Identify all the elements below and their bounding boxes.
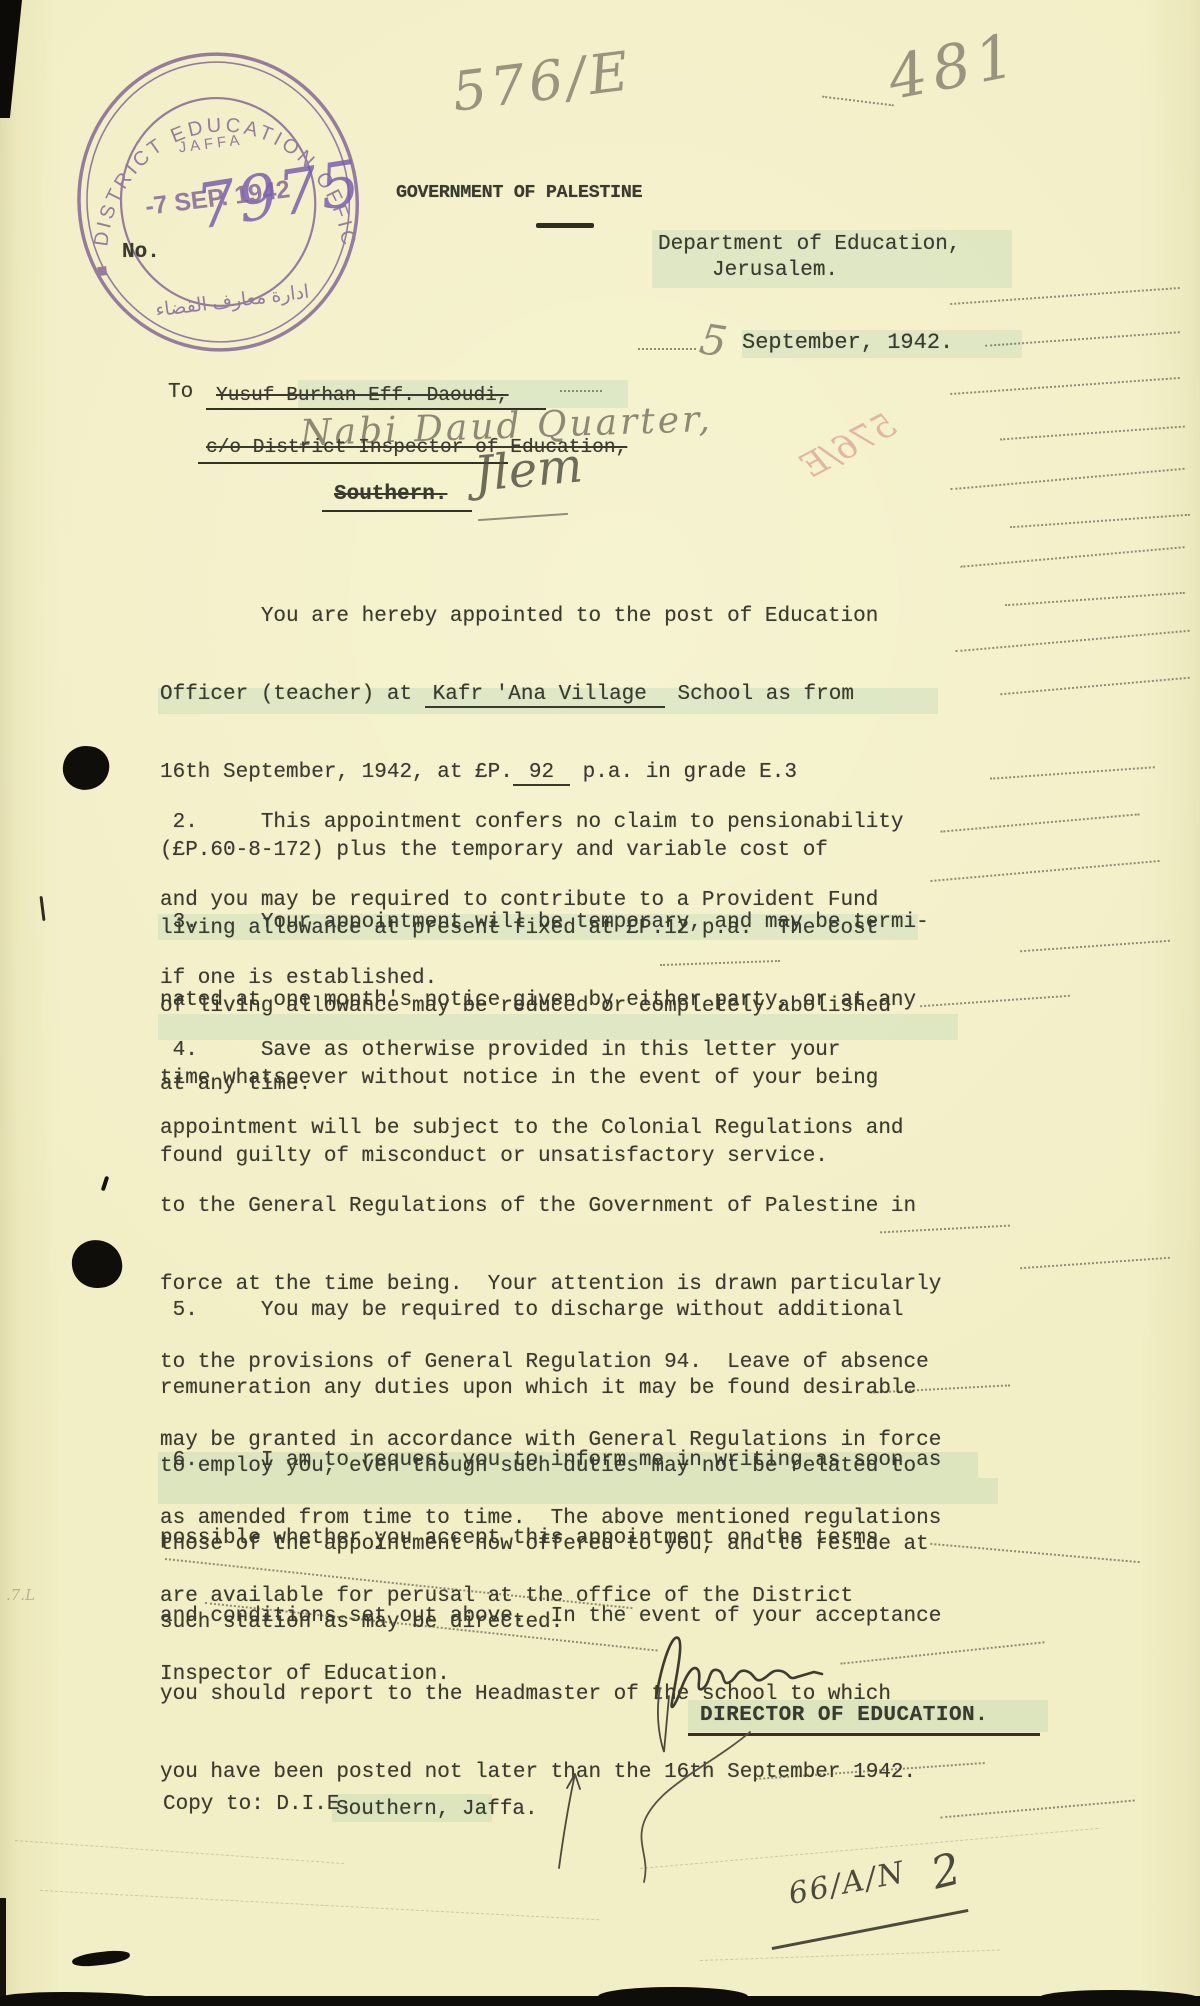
district-line: Southern. bbox=[334, 482, 447, 508]
letterhead-dept-line2: Jerusalem. bbox=[712, 258, 838, 284]
hand-file-reference-tail: 2 bbox=[926, 1843, 966, 1899]
dotted-leader bbox=[960, 546, 1184, 568]
p4-line3: to the General Regulations of the Govern… bbox=[160, 1194, 941, 1220]
dotted-leader bbox=[1000, 426, 1185, 441]
stamp-arabic-label: ادارة معارف القضاء bbox=[154, 282, 310, 322]
dotted-leader bbox=[940, 813, 1139, 832]
letterhead-dept-line1: Department of Education, bbox=[658, 232, 960, 258]
dotted-leader bbox=[950, 287, 1180, 305]
letter-date: September, 1942. bbox=[742, 330, 953, 356]
dotted-leader bbox=[950, 377, 1180, 395]
dotted-leader bbox=[955, 630, 1189, 652]
hand-arrow-mark bbox=[545, 1768, 585, 1873]
dotted-leader bbox=[1020, 940, 1170, 952]
scan-edge-top-left bbox=[0, 0, 22, 118]
p6-line1: 6. I am to request you to inform me in w… bbox=[160, 1448, 941, 1474]
ink-tick-above-blob-2 bbox=[101, 1176, 109, 1192]
p2-line1: 2. This appointment confers no claim to … bbox=[160, 810, 904, 836]
addressee-name: Yusuf Burhan Eff. Daoudi, bbox=[216, 382, 509, 408]
letterhead-rule bbox=[536, 223, 594, 228]
scratch-line bbox=[15, 1840, 344, 1864]
p4-line2: appointment will be subject to the Colon… bbox=[160, 1116, 941, 1142]
dotted-leader bbox=[560, 390, 602, 392]
hand-city: Jlem bbox=[472, 437, 585, 502]
dotted-leader bbox=[940, 1800, 1134, 1819]
dotted-leader bbox=[920, 995, 1070, 1007]
to-label: To bbox=[168, 380, 193, 406]
scan-edge-bottom-bump-1 bbox=[0, 1992, 160, 2006]
hand-file-reference: 66/A/N bbox=[786, 1855, 909, 1912]
p6-line3: and conditions set out above. In the eve… bbox=[160, 1604, 941, 1630]
dotted-leader bbox=[1005, 592, 1185, 607]
dotted-leader bbox=[1010, 514, 1190, 529]
scan-edge-bottom-bump-2 bbox=[598, 1987, 748, 2006]
p6-line2: possible whether you accept this appoint… bbox=[160, 1526, 941, 1552]
dotted-leader bbox=[930, 860, 1159, 882]
scratch-line bbox=[700, 1950, 1000, 1961]
ink-mark-bottom-left bbox=[71, 1949, 130, 1969]
dotted-leader bbox=[1020, 1257, 1170, 1269]
p1-line2: Officer (teacher) at Kafr 'Ana Village S… bbox=[160, 682, 891, 708]
dotted-leader bbox=[1000, 677, 1189, 696]
p4-line1: 4. Save as otherwise provided in this le… bbox=[160, 1038, 941, 1064]
ink-blob-2 bbox=[70, 1238, 125, 1291]
hand-reference-underline bbox=[772, 1909, 969, 1950]
school-name-field: Kafr 'Ana Village bbox=[425, 683, 665, 708]
dotted-leader bbox=[990, 766, 1155, 780]
ink-blob-1 bbox=[60, 743, 112, 793]
district-underline bbox=[322, 510, 472, 512]
pink-offset-mark: 576/E bbox=[795, 405, 903, 488]
hand-curve-stroke bbox=[600, 1726, 760, 1894]
scratch-line bbox=[40, 1890, 599, 1920]
file-ref-pencil: 576/E bbox=[449, 39, 636, 124]
hand-date-day: 5 bbox=[696, 314, 730, 367]
scanned-letter-page: DISTRICT EDUCATION OFFICE JAFFA -7 SEP. … bbox=[0, 0, 1200, 2006]
care-of-underline bbox=[198, 462, 508, 464]
scan-edge-left-bottom bbox=[0, 1898, 6, 2006]
p3-line1: 3. Your appointment will be temporary, a… bbox=[160, 910, 929, 936]
copy-to-label: Copy to: D.I.E. bbox=[163, 1792, 352, 1818]
dotted-leader bbox=[950, 468, 1184, 490]
margin-pencil-note: .7.L bbox=[6, 1586, 35, 1604]
page-ref-pencil: 481 bbox=[883, 20, 1026, 114]
letterhead-government: GOVERNMENT OF PALESTINE bbox=[396, 180, 642, 206]
dotted-leader bbox=[822, 96, 894, 107]
no-label: No. bbox=[122, 240, 160, 266]
dotted-leader bbox=[638, 348, 696, 350]
stamp-square-mark bbox=[97, 266, 107, 276]
ink-tick-left-margin bbox=[39, 896, 45, 921]
hand-city-underline bbox=[478, 513, 568, 521]
p5-line1: 5. You may be required to discharge with… bbox=[160, 1298, 929, 1324]
p1-line1: You are hereby appointed to the post of … bbox=[160, 604, 891, 630]
scan-edge-bottom-bump-3 bbox=[1040, 1990, 1200, 2006]
dotted-leader bbox=[930, 1543, 1139, 1563]
copy-to-destination: Southern, Jaffa. bbox=[336, 1797, 538, 1823]
